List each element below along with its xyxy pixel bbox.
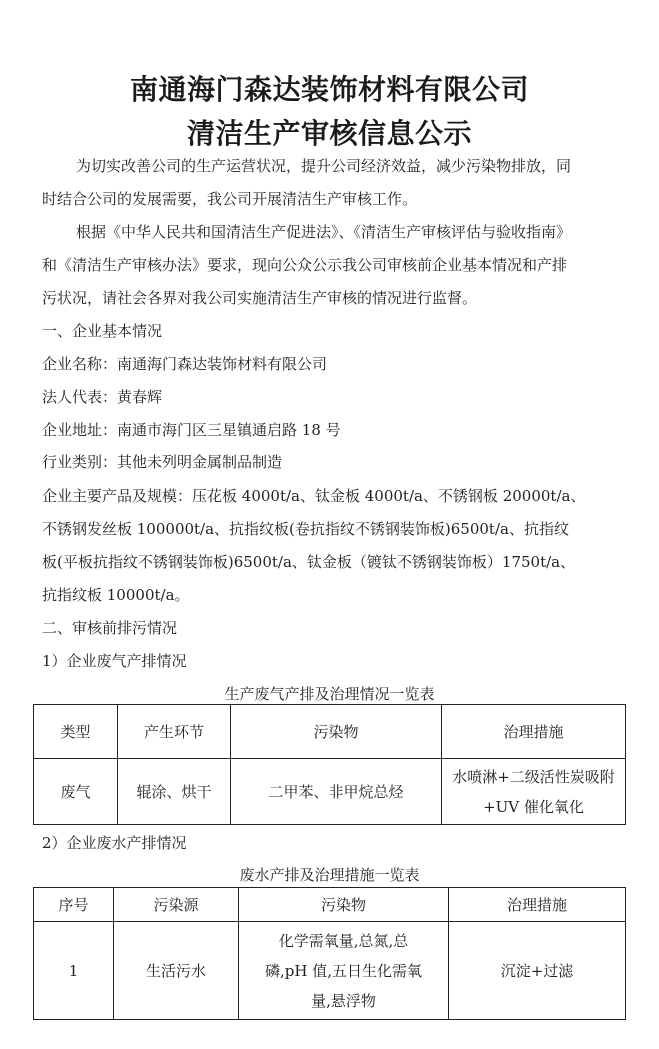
table-header-row: 序号 污染源 污染物 治理措施 (34, 888, 626, 922)
cell-stage: 辊涂、烘干 (118, 759, 231, 825)
document-title-company: 南通海门森达装饰材料有限公司 (0, 68, 659, 108)
header-type: 类型 (34, 705, 118, 759)
section2-heading: 二、审核前排污情况 (42, 617, 177, 638)
cell-no: 1 (34, 922, 114, 1020)
document-title-subject: 清洁生产审核信息公示 (0, 112, 659, 152)
measure-line-2: +UV 催化氧化 (446, 792, 621, 822)
products-line-4: 抗指纹板 10000t/a。 (42, 584, 190, 605)
products-line-2: 不锈钢发丝板 100000t/a、抗指纹板(卷抗指纹不锈钢装饰板)6500t/a… (42, 518, 569, 539)
intro-paragraph-1-line-2: 时结合公司的发展需要，我公司开展清洁生产审核工作。 (42, 188, 417, 209)
header-measure: 治理措施 (442, 705, 626, 759)
products-line-3: 板(平板抗指纹不锈钢装饰板)6500t/a、钛金板（镀钛不锈钢装饰板）1750t… (42, 551, 575, 572)
pollutant-line-3: 量,悬浮物 (243, 986, 444, 1016)
products-line-1: 企业主要产品及规模：压花板 4000t/a、钛金板 4000t/a、不锈钢板 2… (42, 485, 585, 506)
waste-gas-subheading: 1）企业废气产排情况 (42, 650, 187, 671)
legal-representative: 法人代表：黄春辉 (42, 386, 162, 407)
company-name: 企业名称：南通海门森达装饰材料有限公司 (42, 353, 327, 374)
company-address: 企业地址：南通市海门区三星镇通启路 18 号 (42, 419, 341, 440)
pollutant-line-2: 磷,pH 值,五日生化需氧 (243, 956, 444, 986)
section1-heading: 一、企业基本情况 (42, 320, 162, 341)
table-row: 废气 辊涂、烘干 二甲苯、非甲烷总烃 水喷淋+二级活性炭吸附 +UV 催化氧化 (34, 759, 626, 825)
table-header-row: 类型 产生环节 污染物 治理措施 (34, 705, 626, 759)
cell-pollutant: 化学需氧量,总氮,总 磷,pH 值,五日生化需氧 量,悬浮物 (239, 922, 449, 1020)
cell-source: 生活污水 (114, 922, 239, 1020)
header-no: 序号 (34, 888, 114, 922)
header-source: 污染源 (114, 888, 239, 922)
header-pollutant: 污染物 (239, 888, 449, 922)
table-row: 1 生活污水 化学需氧量,总氮,总 磷,pH 值,五日生化需氧 量,悬浮物 沉淀… (34, 922, 626, 1020)
intro-paragraph-2-line-3: 污状况，请社会各界对我公司实施清洁生产审核的情况进行监督。 (42, 287, 477, 308)
measure-line-1: 水喷淋+二级活性炭吸附 (446, 762, 621, 792)
waste-gas-table-caption: 生产废气产排及治理情况一览表 (0, 683, 659, 704)
pollutant-line-1: 化学需氧量,总氮,总 (243, 926, 444, 956)
intro-paragraph-2-line-2: 和《清洁生产审核办法》要求，现向公众公示我公司审核前企业基本情况和产排 (42, 254, 567, 275)
intro-paragraph-2-line-1: 根据《中华人民共和国清洁生产促进法》、《清洁生产审核评估与验收指南》 (76, 221, 571, 242)
wastewater-subheading: 2）企业废水产排情况 (42, 832, 187, 853)
waste-gas-table: 类型 产生环节 污染物 治理措施 废气 辊涂、烘干 二甲苯、非甲烷总烃 水喷淋+… (33, 704, 626, 825)
wastewater-table: 序号 污染源 污染物 治理措施 1 生活污水 化学需氧量,总氮,总 磷,pH 值… (33, 887, 626, 1020)
intro-paragraph-1-line-1: 为切实改善公司的生产运营状况，提升公司经济效益，减少污染物排放，同 (76, 155, 571, 176)
industry-category: 行业类别：其他未列明金属制品制造 (42, 451, 282, 472)
header-measure: 治理措施 (449, 888, 626, 922)
cell-measure: 水喷淋+二级活性炭吸附 +UV 催化氧化 (442, 759, 626, 825)
wastewater-table-caption: 废水产排及治理措施一览表 (0, 864, 659, 885)
header-pollutant: 污染物 (231, 705, 442, 759)
cell-measure: 沉淀+过滤 (449, 922, 626, 1020)
header-stage: 产生环节 (118, 705, 231, 759)
cell-type: 废气 (34, 759, 118, 825)
cell-pollutant: 二甲苯、非甲烷总烃 (231, 759, 442, 825)
